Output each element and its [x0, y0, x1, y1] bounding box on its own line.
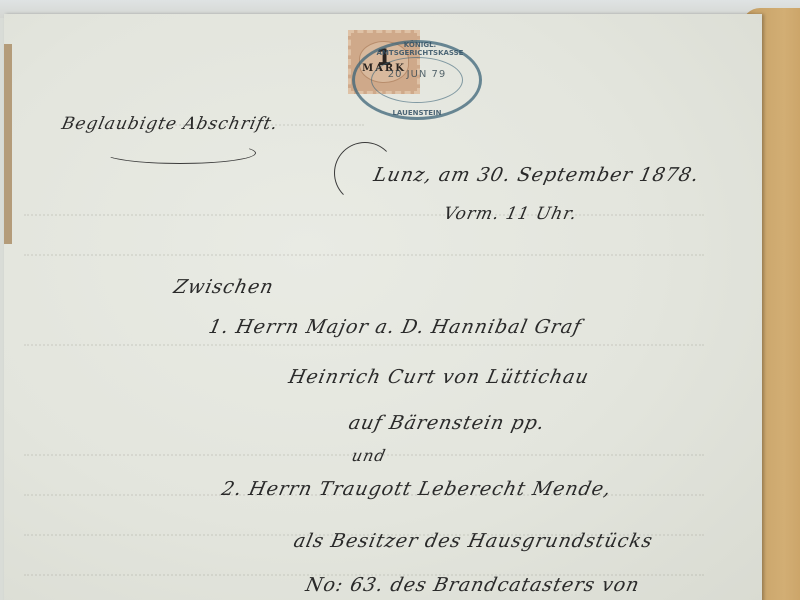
bleed-through-line: [24, 344, 704, 347]
left-binding-edge: [4, 44, 12, 244]
postmark-top-text: KÖNIGL. AMTSGERICHTSKASSE: [365, 41, 475, 57]
postmark-inner-ring: [371, 57, 463, 103]
bleed-through-line: [24, 254, 704, 257]
postmark-cancellation: KÖNIGL. AMTSGERICHTSKASSE 20 JUN 79 LAUE…: [352, 40, 482, 120]
and-label: und: [350, 446, 388, 465]
party-2-line-1: 2. Herrn Traugott Leberecht Mende,: [220, 478, 614, 500]
heading-flourish: [104, 142, 256, 164]
place-date: Lunz, am 30. September 1878.: [372, 164, 702, 186]
postmark-place: LAUENSTEIN: [355, 109, 479, 117]
party-1-line-1: 1. Herrn Major a. D. Hannibal Graf: [207, 316, 584, 338]
document-heading: Beglaubigte Abschrift.: [60, 114, 280, 134]
party-1-line-3: auf Bärenstein pp.: [347, 412, 548, 434]
party-1-line-2: Heinrich Curt von Lüttichau: [287, 366, 592, 388]
postmark-date: 20 JUN 79: [355, 69, 479, 80]
party-2-line-2: als Besitzer des Hausgrundstücks: [292, 530, 655, 552]
party-2-line-3: No: 63. des Brandcatasters von: [304, 574, 642, 596]
bleed-through-line: [24, 214, 704, 217]
between-label: Zwischen: [172, 276, 276, 298]
time-line: Vorm. 11 Uhr.: [442, 204, 579, 224]
